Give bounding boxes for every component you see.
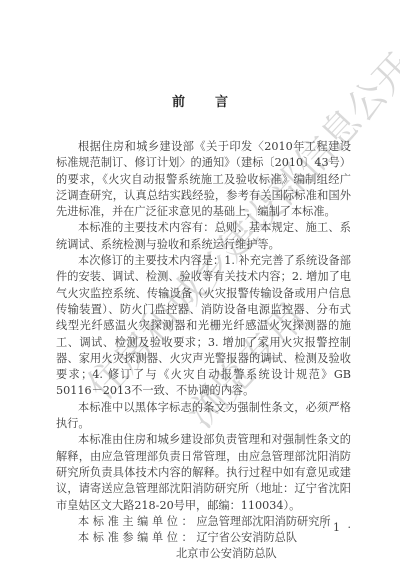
paragraph-revision: 本次修订的主要技术内容是：1. 补充完善了系统设备部件的安装、调试、检测、验收等… bbox=[56, 253, 351, 400]
participating-line-2: 北京市公安消防总队 bbox=[56, 546, 351, 562]
participating-label: 本标准参编单位： bbox=[78, 531, 196, 544]
participating-org-2: 北京市公安消防总队 bbox=[176, 547, 277, 560]
chief-editor-line: 本标准主编单位：应急管理部沈阳消防研究所 bbox=[56, 514, 351, 530]
paragraph-main-content: 本标准的主要技术内容有：总则、基本规定、施工、系统调试、系统检测与验收和系统运行… bbox=[56, 220, 351, 253]
paragraph-mandatory: 本标准中以黑体字标志的条文为强制性条文，必须严格执行。 bbox=[56, 400, 351, 433]
chief-editor-label: 本标准主编单位： bbox=[78, 515, 196, 528]
page-title: 前言 bbox=[0, 91, 400, 110]
preface-body: 根据住房和城乡建设部《关于印发〈2010年工程建设标准规范制订、修订计划〉的通知… bbox=[56, 139, 351, 563]
title-char-2: 言 bbox=[215, 91, 228, 110]
title-char-1: 前 bbox=[172, 91, 185, 110]
document-page: 住房和城乡建设部信息公开 浏览专用 前言 根据住房和城乡建设部《关于印发〈201… bbox=[0, 0, 400, 579]
chief-editor-org: 应急管理部沈阳消防研究所 bbox=[196, 515, 330, 528]
paragraph-background: 根据住房和城乡建设部《关于印发〈2010年工程建设标准规范制订、修订计划〉的通知… bbox=[56, 139, 351, 220]
paragraph-management: 本标准由住房和城乡建设部负责管理和对强制性条文的解释，由应急管理部负责日常管理，… bbox=[56, 432, 351, 513]
participating-org-1: 辽宁省公安消防总队 bbox=[196, 531, 297, 544]
page-number: · 1 · bbox=[322, 521, 353, 534]
participating-line: 本标准参编单位：辽宁省公安消防总队 bbox=[56, 530, 351, 546]
